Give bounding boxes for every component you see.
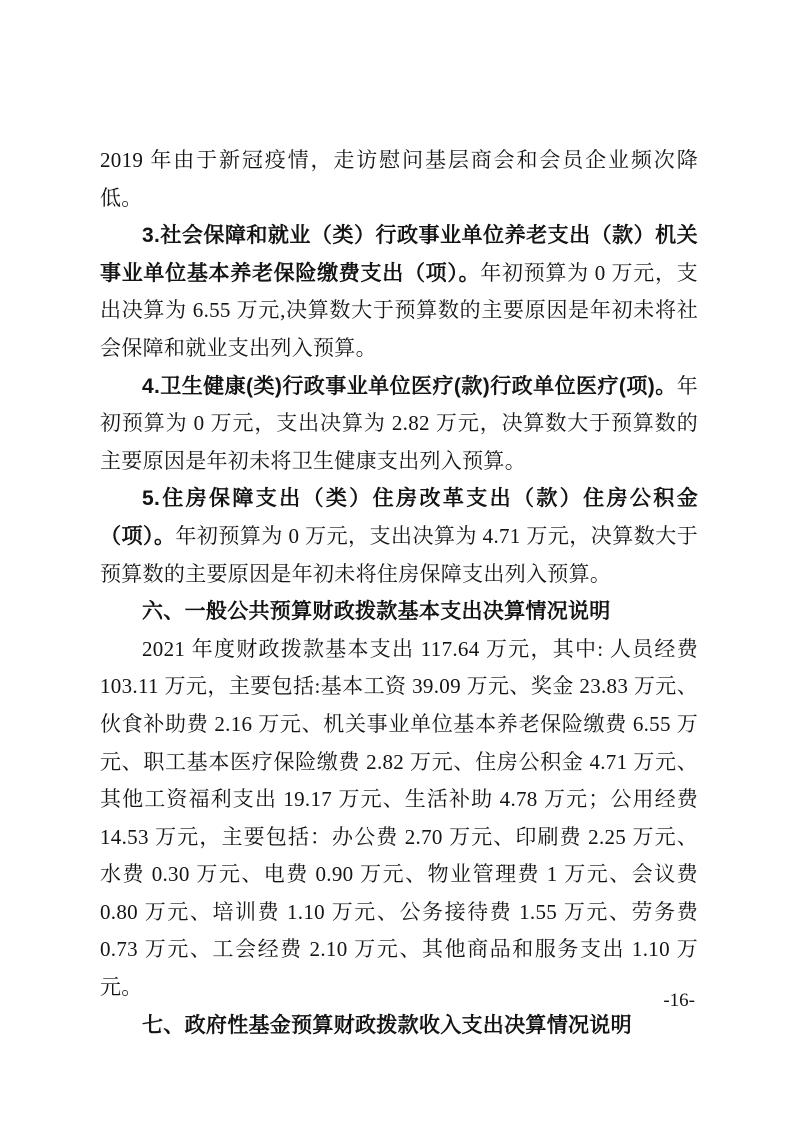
page-number: -16- xyxy=(663,990,695,1012)
body-text: 2019 年由于新冠疫情，走访慰问基层商会和会员企业频次降低。 xyxy=(100,148,698,210)
bold-lead-text: 六、一般公共预算财政拨款基本支出决算情况说明 xyxy=(142,600,611,623)
body-text: 2021 年度财政拨款基本支出 117.64 万元，其中: 人员经费 103.1… xyxy=(100,637,698,999)
document-content: 2019 年由于新冠疫情，走访慰问基层商会和会员企业频次降低。3.社会保障和就业… xyxy=(100,142,698,1044)
bold-lead-text: 4.卫生健康(类)行政事业单位医疗(款)行政单位医疗(项)。 xyxy=(142,375,677,398)
bold-lead-text: 七、政府性基金预算财政拨款收入支出决算情况说明 xyxy=(142,1014,632,1037)
paragraph: 2019 年由于新冠疫情，走访慰问基层商会和会员企业频次降低。 xyxy=(100,142,698,217)
paragraph: 2021 年度财政拨款基本支出 117.64 万元，其中: 人员经费 103.1… xyxy=(100,631,698,1007)
paragraph: 5.住房保障支出（类）住房改革支出（款）住房公积金（项）。年初预算为 0 万元，… xyxy=(100,480,698,593)
section-heading: 七、政府性基金预算财政拨款收入支出决算情况说明 xyxy=(100,1007,698,1045)
section-heading: 六、一般公共预算财政拨款基本支出决算情况说明 xyxy=(100,593,698,631)
paragraph: 4.卫生健康(类)行政事业单位医疗(款)行政单位医疗(项)。年初预算为 0 万元… xyxy=(100,368,698,481)
paragraph: 3.社会保障和就业（类）行政事业单位养老支出（款）机关事业单位基本养老保险缴费支… xyxy=(100,217,698,367)
body-text: 年初预算为 0 万元，支出决算为 4.71 万元，决算数大于预算数的主要原因是年… xyxy=(100,524,698,586)
document-page: 2019 年由于新冠疫情，走访慰问基层商会和会员企业频次降低。3.社会保障和就业… xyxy=(0,0,793,1122)
